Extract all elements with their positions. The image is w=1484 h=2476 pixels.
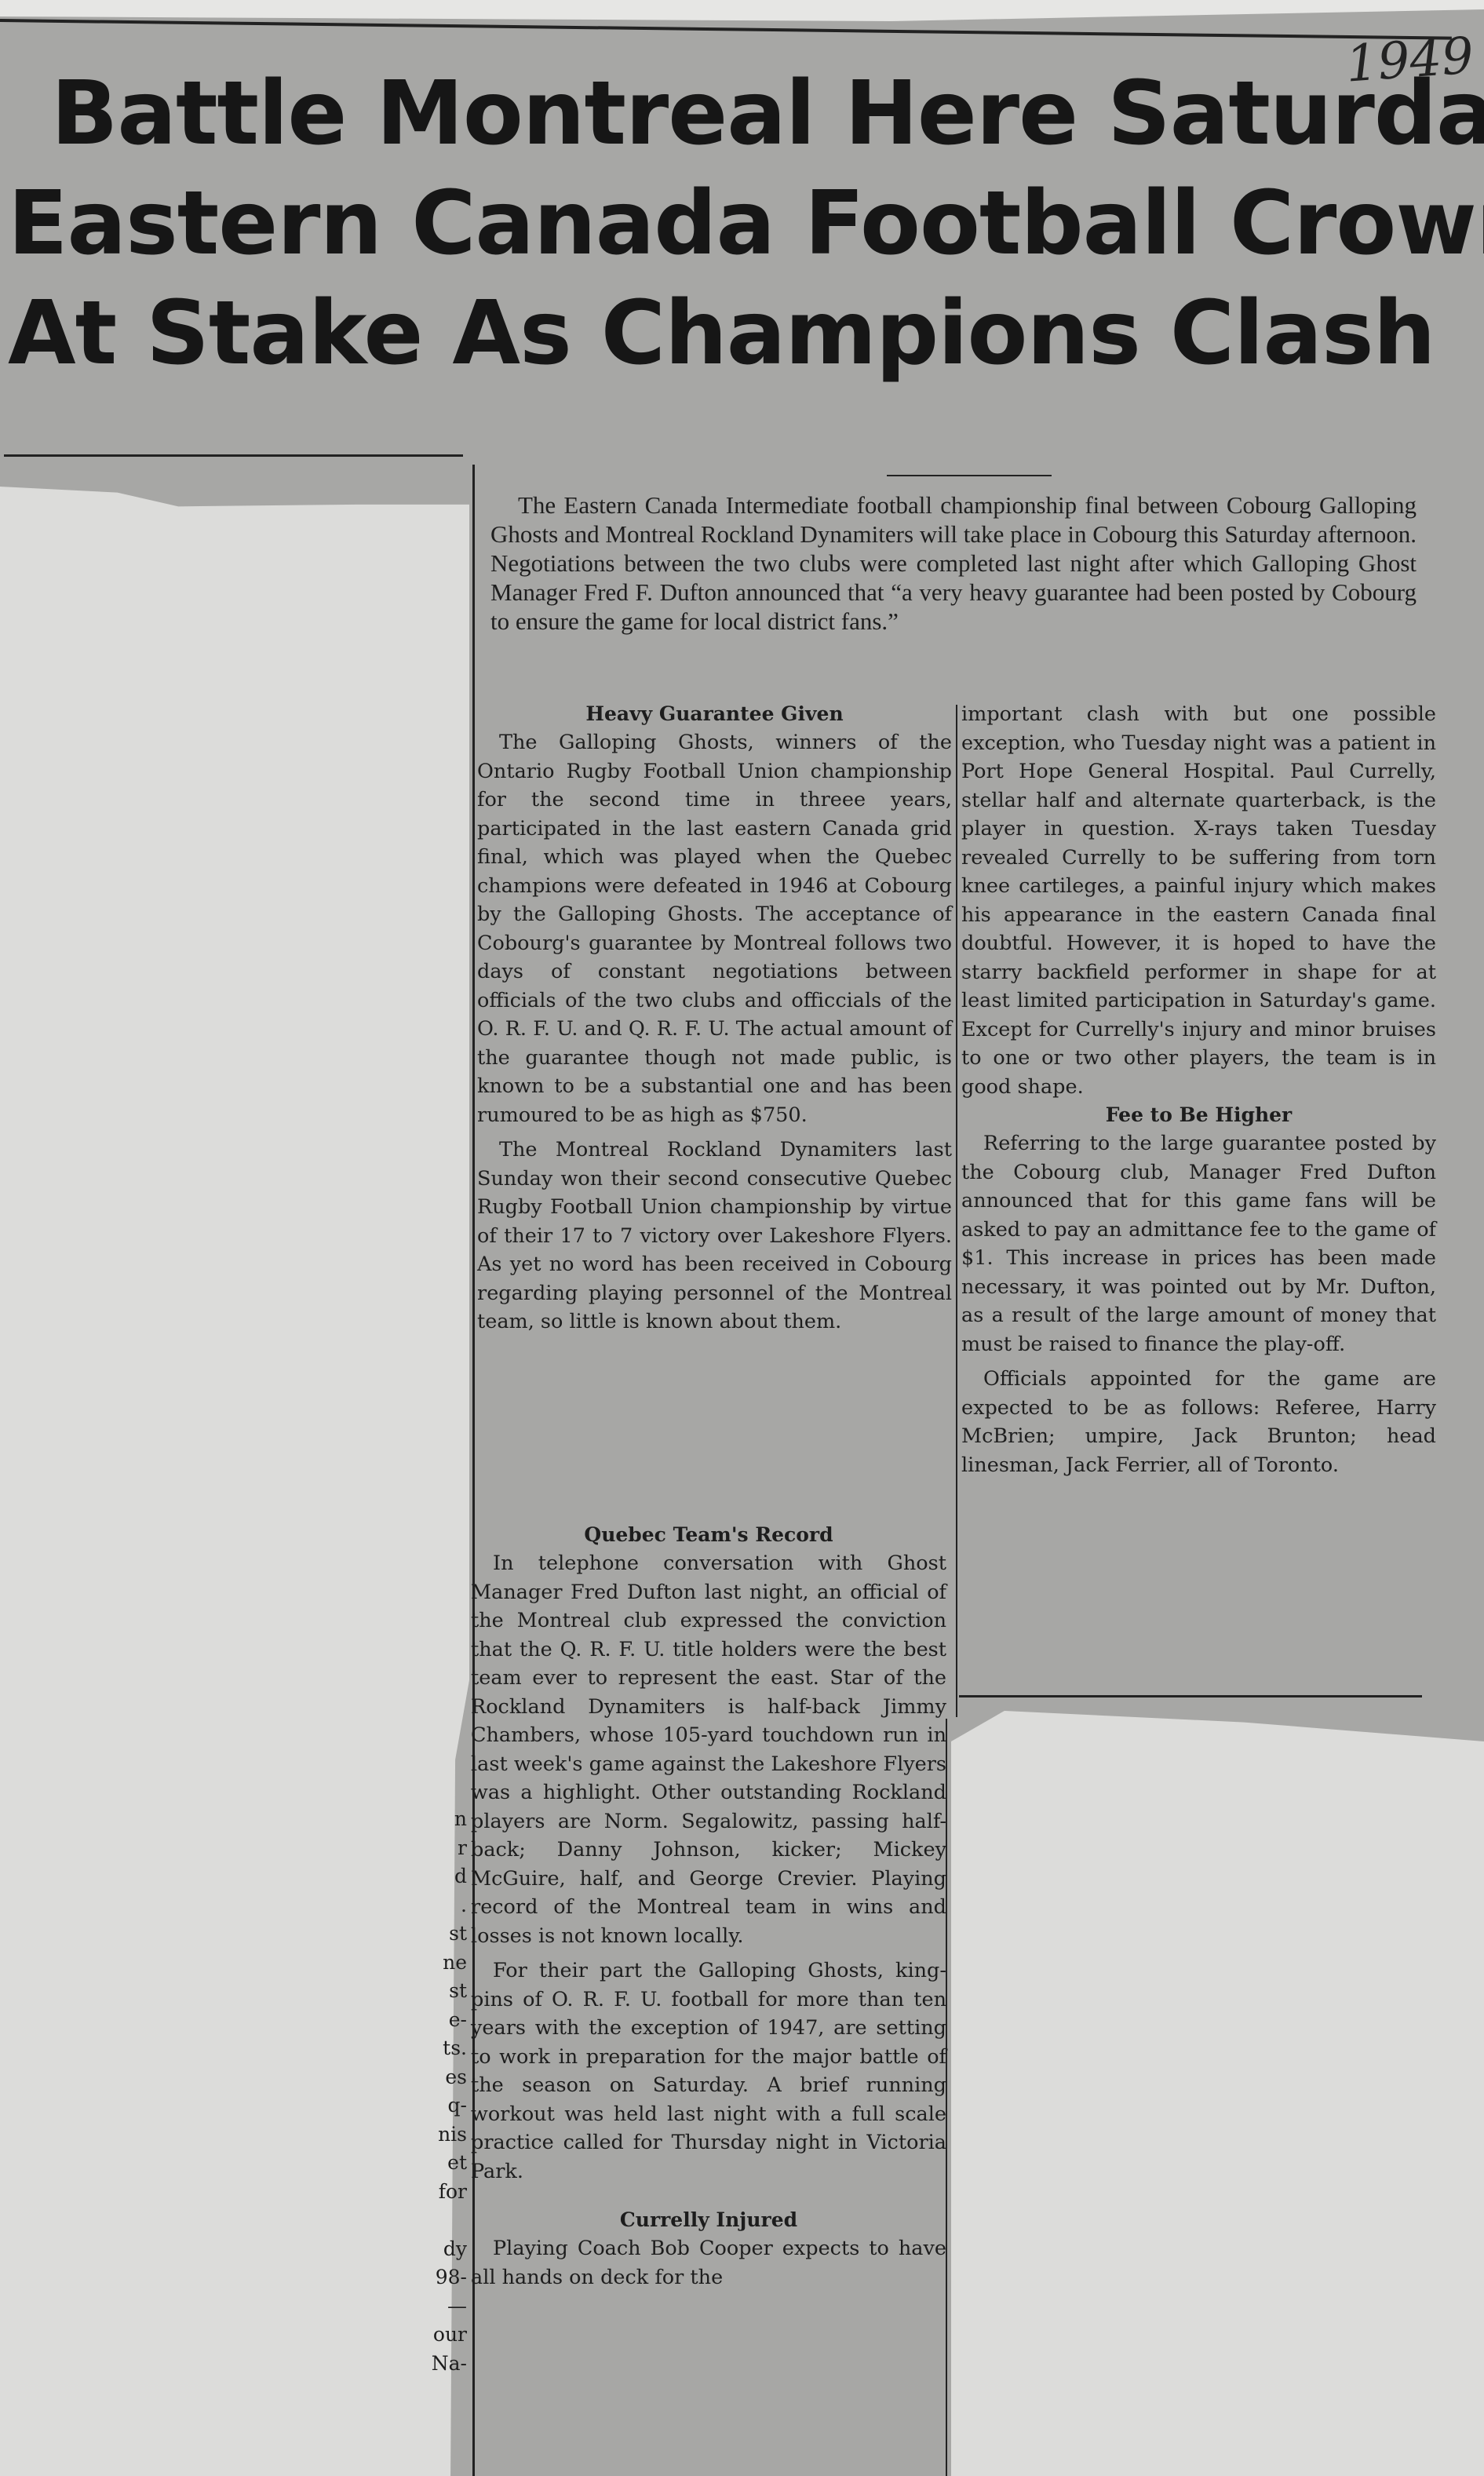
headline: Battle Montreal Here Saturday Eastern Ca… [8, 59, 1468, 388]
lede-rule [887, 475, 1052, 476]
subhead-currelly-injured: Currelly Injured [471, 2206, 946, 2234]
section-end-rule [959, 1695, 1422, 1697]
adjacent-column-fragments: n r d . st ne st e- ts. es q- nis et for… [424, 1805, 467, 2378]
paragraph: The Montreal Rockland Dynamiters last Su… [477, 1136, 952, 1336]
fragment: n [424, 1805, 467, 1834]
fragment [424, 2206, 467, 2235]
fragment: r [424, 1834, 467, 1863]
fragment: st [424, 1920, 467, 1949]
fragment: Na- [424, 2350, 467, 2379]
fragment: 98- [424, 2263, 467, 2292]
fragment: d [424, 1862, 467, 1891]
fragment: nis [424, 2120, 467, 2150]
headline-line-2: Eastern Canada Football Crown [8, 169, 1468, 279]
fragment: es [424, 2063, 467, 2092]
paragraph: Officials appointed for the game are exp… [961, 1365, 1436, 1479]
article-column-1: Heavy Guarantee Given The Galloping Ghos… [477, 700, 952, 1336]
fragment: dy [424, 2235, 467, 2264]
article-column-1-lower: Quebec Team's Record In telephone conver… [471, 1521, 946, 2292]
fragment: — [424, 2292, 467, 2321]
paragraph: important clash with but one possible ex… [961, 700, 1436, 1101]
article-column-2: important clash with but one possible ex… [961, 700, 1436, 1479]
fragment: our [424, 2321, 467, 2350]
fragment: q- [424, 2091, 467, 2120]
fragment: st [424, 1977, 467, 2006]
paragraph: Playing Coach Bob Cooper expects to have… [471, 2234, 946, 2292]
headline-line-3: At Stake As Champions Clash [8, 279, 1468, 388]
paragraph: Referring to the large guarantee posted … [961, 1129, 1436, 1358]
fragment: et [424, 2149, 467, 2178]
paragraph: The Galloping Ghosts, winners of the Ont… [477, 728, 952, 1129]
lede-paragraph: The Eastern Canada Intermediate football… [490, 490, 1417, 636]
fragment: e- [424, 2006, 467, 2035]
fragment: ne [424, 1949, 467, 1978]
fragment: ts. [424, 2034, 467, 2063]
backing-paper-right [951, 1711, 1484, 2476]
paragraph: For their part the Galloping Ghosts, kin… [471, 1956, 946, 2186]
backing-paper-left-lower [0, 1766, 424, 2476]
headline-rule-left [4, 454, 463, 457]
headline-line-1: Battle Montreal Here Saturday [8, 59, 1468, 169]
fragment: for [424, 2178, 467, 2207]
subhead-fee-higher: Fee to Be Higher [961, 1101, 1436, 1129]
fragment: . [424, 1891, 467, 1920]
column-divider-middle [956, 705, 957, 1717]
paragraph: In telephone conversation with Ghost Man… [471, 1549, 946, 1950]
subhead-quebec-record: Quebec Team's Record [471, 1521, 946, 1549]
subhead-heavy-guarantee: Heavy Guarantee Given [477, 700, 952, 728]
